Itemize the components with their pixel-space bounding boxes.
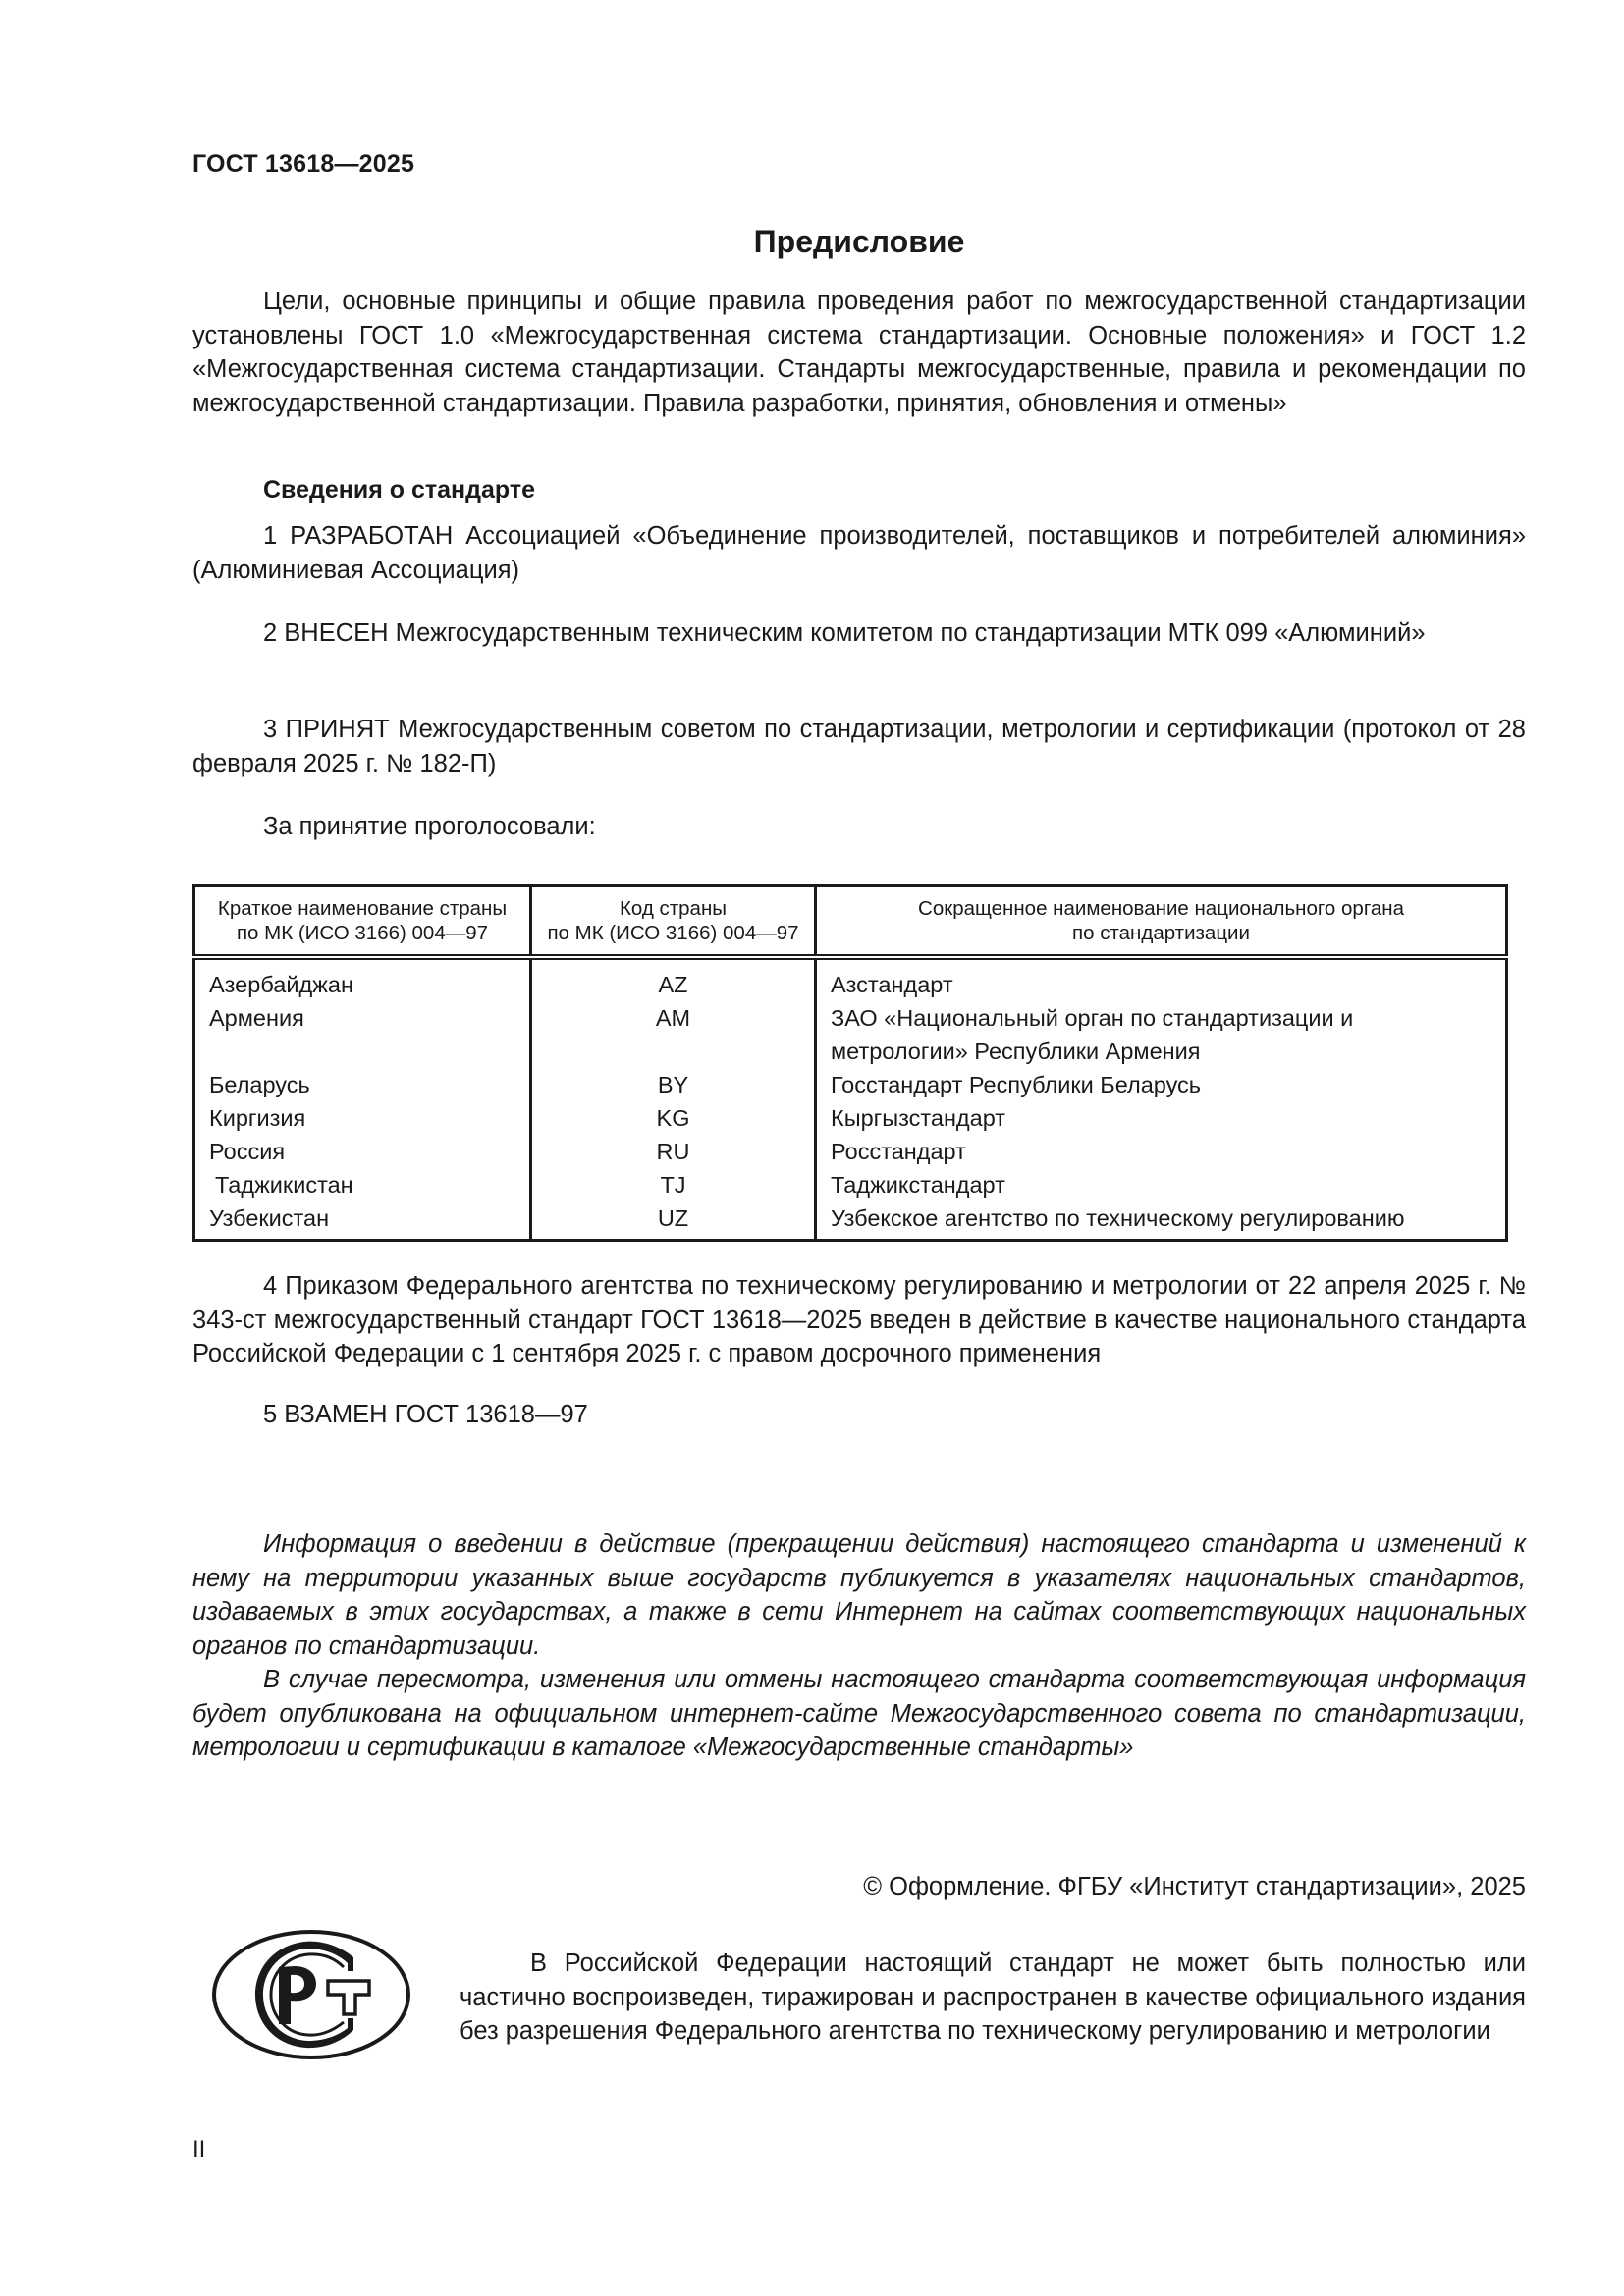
reproduction-notice: В Российской Федерации настоящий стандар…: [460, 1947, 1526, 2049]
info-item-5: 5 ВЗАМЕН ГОСТ 13618—97: [192, 1398, 1526, 1432]
standard-info-heading: Сведения о стандарте: [263, 476, 535, 505]
country-cell: Таджикистан: [194, 1168, 531, 1201]
country-cell: Беларусь: [194, 1068, 531, 1101]
country-code-cell: KG: [531, 1101, 816, 1135]
votes-label: За принятие проголосовали:: [192, 810, 1526, 844]
votes-table: Краткое наименование страныпо МК (ИСО 31…: [192, 884, 1508, 1242]
country-cell: Армения: [194, 1001, 531, 1068]
copyright-notice: © Оформление. ФГБУ «Институт стандартиза…: [863, 1873, 1526, 1901]
country-cell: Азербайджан: [194, 957, 531, 1001]
table-row: КиргизияKGКыргызстандарт: [194, 1101, 1507, 1135]
country-code-cell: AZ: [531, 957, 816, 1001]
country-code-cell: UZ: [531, 1201, 816, 1241]
standards-body-cell: Таджикстандарт: [816, 1168, 1507, 1201]
standards-body-cell: ЗАО «Национальный орган по стандартизаци…: [816, 1001, 1507, 1068]
table-row: АрменияAMЗАО «Национальный орган по стан…: [194, 1001, 1507, 1068]
country-code-cell: RU: [531, 1135, 816, 1168]
country-cell: Россия: [194, 1135, 531, 1168]
standards-body-cell: Азстандарт: [816, 957, 1507, 1001]
column-header-country: Краткое наименование страныпо МК (ИСО 31…: [194, 886, 531, 958]
info-item-3: 3 ПРИНЯТ Межгосударственным советом по с…: [192, 713, 1526, 780]
standards-body-cell: Кыргызстандарт: [816, 1101, 1507, 1135]
standards-body-cell: Госстандарт Республики Беларусь: [816, 1068, 1507, 1101]
table-header-row: Краткое наименование страныпо МК (ИСО 31…: [194, 886, 1507, 958]
column-header-body: Сокращенное наименование национального о…: [816, 886, 1507, 958]
rst-certification-mark-icon: [210, 1926, 412, 2063]
country-cell: Киргизия: [194, 1101, 531, 1135]
standards-body-cell: Узбекское агентство по техническому регу…: [816, 1201, 1507, 1241]
page-number: II: [192, 2136, 205, 2163]
table-row: БеларусьBYГосстандарт Республики Беларус…: [194, 1068, 1507, 1101]
table-row: РоссияRUРосстандарт: [194, 1135, 1507, 1168]
section-title: Предисловие: [192, 224, 1526, 260]
country-code-cell: TJ: [531, 1168, 816, 1201]
info-note-1: Информация о введении в действие (прекра…: [192, 1527, 1526, 1663]
table-row: ТаджикистанTJТаджикстандарт: [194, 1168, 1507, 1201]
info-item-2: 2 ВНЕСЕН Межгосударственным техническим …: [192, 616, 1526, 651]
info-note-2: В случае пересмотра, изменения или отмен…: [192, 1663, 1526, 1765]
info-item-4: 4 Приказом Федерального агентства по тех…: [192, 1269, 1526, 1371]
standards-body-cell: Росстандарт: [816, 1135, 1507, 1168]
country-code-cell: AM: [531, 1001, 816, 1068]
foreword-intro: Цели, основные принципы и общие правила …: [192, 285, 1526, 420]
info-item-1: 1 РАЗРАБОТАН Ассоциацией «Объединение пр…: [192, 519, 1526, 587]
column-header-code: Код страныпо МК (ИСО 3166) 004—97: [531, 886, 816, 958]
document-code: ГОСТ 13618—2025: [192, 150, 414, 179]
country-cell: Узбекистан: [194, 1201, 531, 1241]
table-row: УзбекистанUZУзбекское агентство по техни…: [194, 1201, 1507, 1241]
country-code-cell: BY: [531, 1068, 816, 1101]
table-row: АзербайджанAZАзстандарт: [194, 957, 1507, 1001]
